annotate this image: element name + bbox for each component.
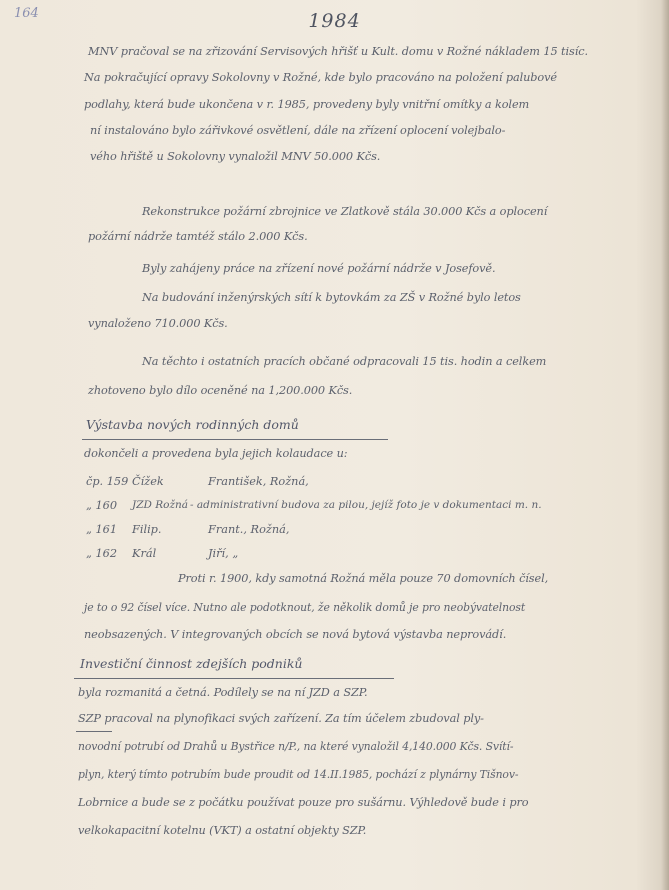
szp-underline (76, 731, 112, 732)
owner-surname: Král (132, 547, 156, 560)
text-line: Rekonstrukce požární zbrojnice ve Zlatko… (142, 205, 547, 218)
year-heading: 1984 (0, 10, 669, 32)
owner-first-name: Frant., Rožná, (208, 523, 289, 536)
text-line: byla rozmanitá a četná. Podílely se na n… (78, 686, 367, 699)
text-line: neobsazených. V integrovaných obcích se … (84, 628, 506, 641)
text-line: zhotoveno bylo dílo oceněné na 1,200.000… (88, 384, 352, 397)
text-line: SZP pracoval na plynofikaci svých zaříze… (78, 712, 484, 725)
text-line: dokončeli a provedena byla jejich kolaud… (84, 447, 348, 460)
text-line: Lobrnice a bude se z počátku používat po… (78, 796, 528, 809)
house-number: „ 161 (86, 523, 117, 536)
owner-first-name: František, Rožná, (208, 475, 309, 488)
text-line: Na pokračující opravy Sokolovny v Rožné,… (84, 71, 557, 84)
text-line: MNV pračoval se na zřizování Servisových… (88, 45, 588, 58)
text-line: plyn, který tímto potrubím bude proudit … (78, 768, 518, 781)
owner-first-name: - administrativní budova za pilou, jejíž… (190, 499, 542, 511)
section-heading: Investiční činnost zdejších podniků (80, 656, 302, 671)
owner-first-name: Jiří, „ (208, 547, 238, 560)
text-line: velkokapacitní kotelnu (VKT) a ostatní o… (78, 824, 366, 837)
owner-surname: Filip. (132, 523, 162, 536)
text-line: podlahy, která bude ukončena v r. 1985, … (84, 98, 529, 111)
owner-surname: JZD Rožná (132, 499, 188, 511)
house-number: čp. 159 (86, 475, 128, 488)
chronicle-page: 164 1984 MNV pračoval se na zřizování Se… (0, 0, 669, 890)
text-line: vynaloženo 710.000 Kčs. (88, 317, 228, 330)
text-line: Proti r. 1900, kdy samotná Rožná měla po… (178, 572, 548, 585)
text-line: Na budování inženýrských sítí k bytovkám… (142, 291, 521, 304)
text-line: požární nádrže tamtéž stálo 2.000 Kčs. (88, 230, 308, 243)
house-number: „ 160 (86, 499, 117, 512)
text-line: Na těchto i ostatních pracích občané odp… (142, 355, 546, 368)
text-line: novodní potrubí od Drahů u Bystřice n/P.… (78, 740, 513, 753)
owner-surname: Čížek (132, 475, 164, 488)
text-line: Byly zahájeny práce na zřízení nové požá… (142, 262, 496, 275)
text-line: ní instalováno bylo zářivkové osvětlení,… (90, 124, 505, 137)
text-line: je to o 92 čísel více. Nutno ale podotkn… (84, 601, 525, 614)
heading-underline (82, 439, 388, 440)
heading-underline (74, 678, 394, 679)
section-heading: Výstavba nových rodinných domů (86, 417, 299, 432)
text-line: vého hřiště u Sokolovny vynaložil MNV 50… (90, 150, 380, 163)
house-number: „ 162 (86, 547, 117, 560)
